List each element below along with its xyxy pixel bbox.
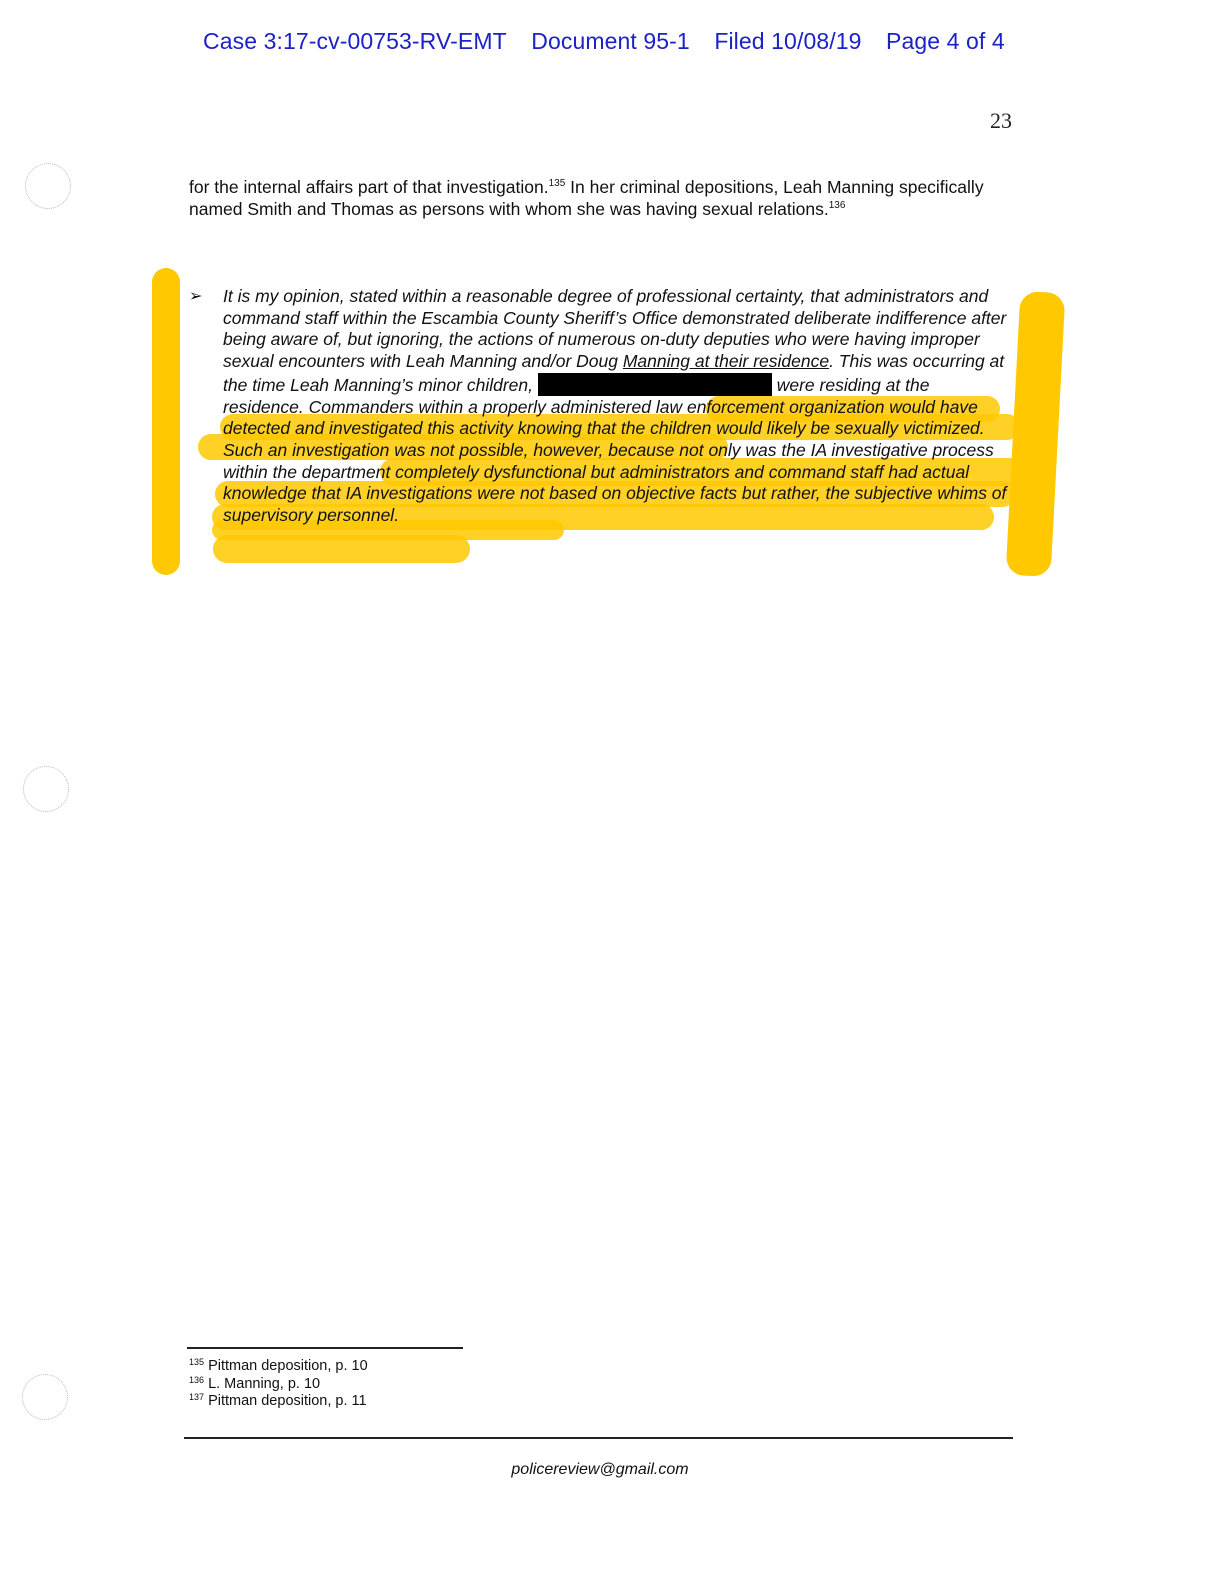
footer-email[interactable]: policereview@gmail.com [0, 1461, 1200, 1479]
opinion-paragraph: It is my opinion, stated within a reason… [223, 286, 1013, 527]
footer-divider [184, 1437, 1013, 1439]
case-number: Case 3:17-cv-00753-RV-EMT [203, 28, 507, 54]
punch-hole [25, 163, 71, 209]
footnote-item: 137 Pittman deposition, p. 11 [189, 1393, 368, 1411]
punch-hole [23, 766, 69, 812]
footnotes: 135 Pittman deposition, p. 10 136 L. Man… [189, 1358, 368, 1411]
intro-text: for the internal affairs part of that in… [189, 177, 549, 197]
arrow-bullet-icon: ➢ [189, 286, 202, 306]
footnote-divider [187, 1347, 463, 1349]
page-number: 23 [990, 108, 1012, 134]
redaction-block [538, 373, 772, 396]
filed-date: Filed 10/08/19 [714, 28, 861, 54]
highlight-stroke [213, 535, 470, 563]
document-number: Document 95-1 [531, 28, 690, 54]
page-indicator: Page 4 of 4 [886, 28, 1005, 54]
highlight-margin-left [152, 268, 180, 575]
footnote-item: 136 L. Manning, p. 10 [189, 1376, 368, 1394]
footnote-item: 135 Pittman deposition, p. 10 [189, 1358, 368, 1376]
footnote-ref[interactable]: 135 [549, 178, 566, 189]
opinion-text-underlined: Manning at their residence [623, 351, 829, 371]
footnote-ref[interactable]: 136 [829, 200, 846, 211]
intro-paragraph: for the internal affairs part of that in… [189, 176, 1019, 220]
opinion-text: were residing at the residence. Commande… [223, 375, 1006, 525]
punch-hole [22, 1374, 68, 1420]
case-header: Case 3:17-cv-00753-RV-EMT Document 95-1 … [203, 28, 1023, 55]
